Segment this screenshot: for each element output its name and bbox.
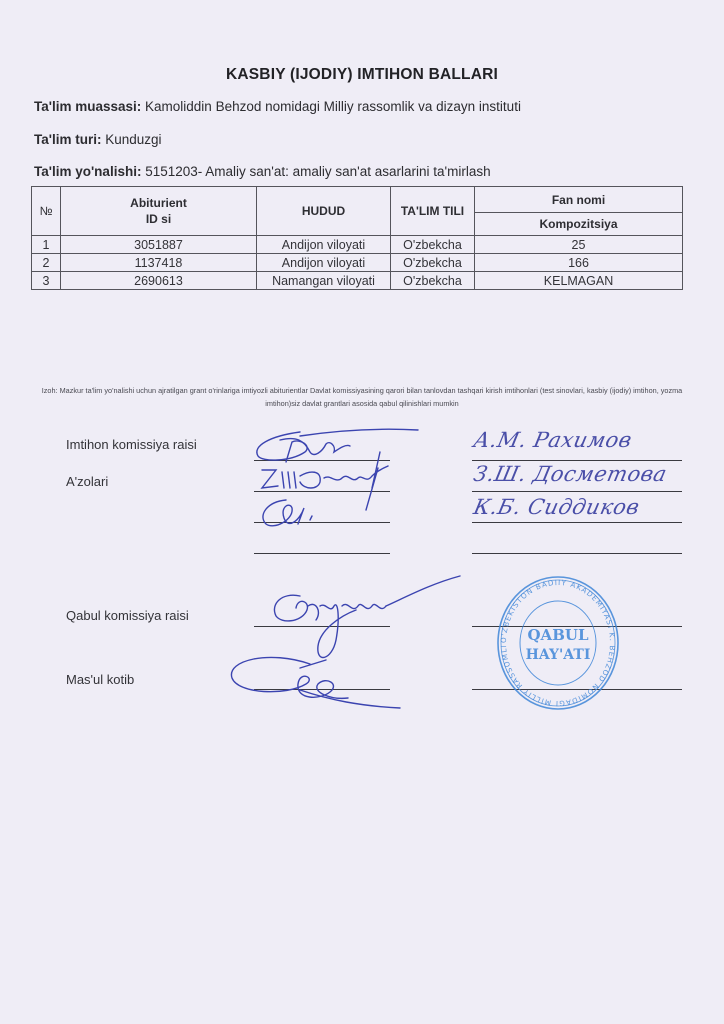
stamp-center-line1: QABUL [527, 626, 588, 644]
document-page: KASBIY (IJODIY) IMTIHON BALLARI Ta'lim m… [0, 0, 724, 1024]
stamp-center-line2: HAY'ATI [526, 647, 591, 663]
official-stamp: O'ZBEKISTON BADIIY AKADEMIYASI K. BEHZOD… [496, 574, 620, 712]
stamp-seal-icon: O'ZBEKISTON BADIIY AKADEMIYASI K. BEHZOD… [496, 574, 620, 712]
signature-scribble-icon [0, 0, 724, 1024]
